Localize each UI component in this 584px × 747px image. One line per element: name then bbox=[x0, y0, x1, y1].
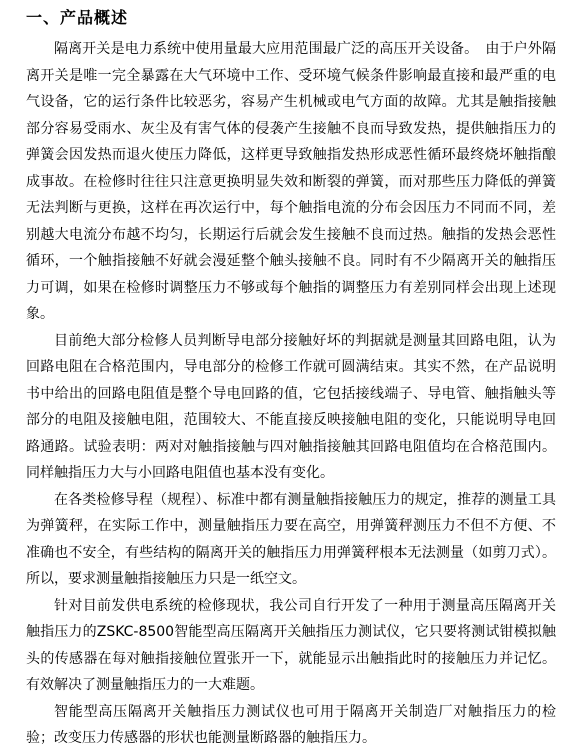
paragraph: 隔离开关是电力系统中使用量最大应用范围最广泛的高压开关设备。 由于户外隔离开关是… bbox=[26, 36, 556, 328]
document-heading: 一、产品概述 bbox=[26, 6, 556, 30]
paragraph: 智能型高压隔离开关触指压力测试仪也可用于隔离开关制造厂对触指压力的检验；改变压力… bbox=[26, 699, 556, 747]
document-page: 一、产品概述 隔离开关是电力系统中使用量最大应用范围最广泛的高压开关设备。 由于… bbox=[0, 0, 584, 747]
paragraph: 目前绝大部分检修人员判断导电部分接触好坏的判据就是测量其回路电阻，认为回路电阻在… bbox=[26, 328, 556, 487]
paragraph: 针对目前发供电系统的检修现状，我公司自行开发了一种用于测量高压隔离开关触指压力的… bbox=[26, 593, 556, 699]
paragraph: 在各类检修导程（规程）、标准中都有测量触指接触压力的规定，推荐的测量工具为弹簧秤… bbox=[26, 487, 556, 593]
document-body: 隔离开关是电力系统中使用量最大应用范围最广泛的高压开关设备。 由于户外隔离开关是… bbox=[26, 36, 556, 747]
